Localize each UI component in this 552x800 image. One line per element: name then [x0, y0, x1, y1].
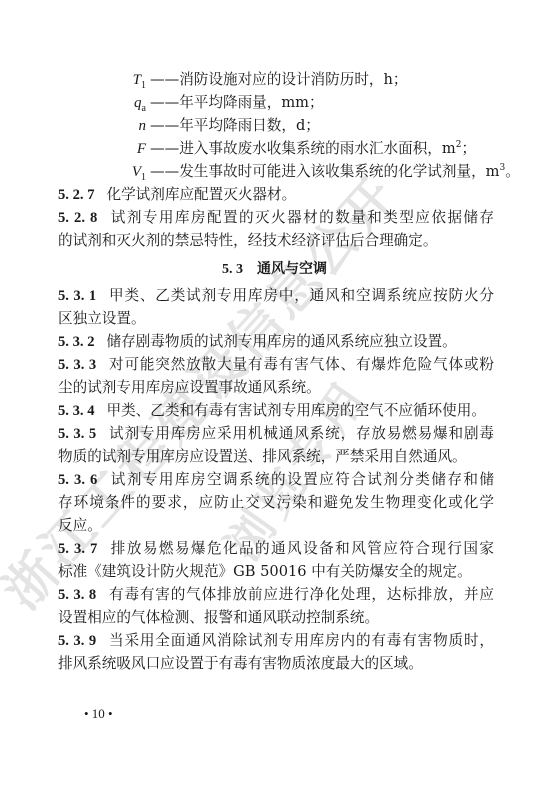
clause-5-3-5-cont: 物质的试剂专用库房应设置送、排风系统，严禁采用自然通风。: [58, 447, 467, 467]
clause-5-3-3: 5. 3. 3对可能突然放散大量有毒有害气体、有爆炸危险气体或粉: [58, 355, 494, 375]
symbol: n: [110, 116, 146, 136]
clause-5-3-6-cont2: 反应。: [58, 516, 102, 536]
clause-5-3-4: 5. 3. 4甲类、乙类和有毒有害试剂专用库房的空气不应循环使用。: [58, 401, 486, 421]
clause-5-2-8: 5. 2. 8试剂专用库房配置的灭火器材的数量和类型应依据储存: [58, 208, 494, 228]
page-number: • 10 •: [84, 706, 113, 722]
clause-5-3-3-cont: 尘的试剂专用库房应设置事故通风系统。: [58, 378, 321, 398]
clause-5-3-9-cont: 排风系统吸风口应设置于有毒有害物质浓度最大的区域。: [58, 654, 423, 674]
clause-5-3-9: 5. 3. 9当采用全面通风消除试剂专用库房内的有毒有害物质时，: [58, 631, 494, 651]
symbol: F: [110, 139, 146, 159]
clause-5-3-5: 5. 3. 5试剂专用库房应采用机械通风系统，存放易燃易爆和剧毒: [58, 424, 494, 444]
document-page: 浙江工程建设信息公开 浏览专用 T1——消防设施对应的设计消防历时，h； qa—…: [0, 0, 552, 800]
definition-f: F——进入事故废水收集系统的雨水汇水面积，m2；: [110, 139, 476, 159]
clause-5-3-1: 5. 3. 1甲类、乙类试剂专用库房中，通风和空调系统应按防火分: [58, 286, 494, 306]
clause-5-2-8-cont: 的试剂和灭火剂的禁忌特性，经技术经济评估后合理确定。: [58, 231, 437, 251]
clause-5-3-6-cont: 存环境条件的要求，应防止交叉污染和避免发生物理变化或化学: [58, 493, 494, 513]
section-heading: 5. 3通风与空调: [222, 259, 327, 280]
clause-5-3-8: 5. 3. 8有毒有害的气体排放前应进行净化处理，达标排放，并应: [58, 585, 494, 605]
clause-5-3-2: 5. 3. 2储存剧毒物质的试剂专用库房的通风系统应独立设置。: [58, 332, 457, 352]
definition-n: n——年平均降雨日数，d；: [110, 116, 320, 136]
clause-5-3-1-cont: 区独立设置。: [58, 309, 146, 329]
clause-5-2-7: 5. 2. 7化学试剂库应配置灭火器材。: [58, 185, 296, 205]
clause-5-3-8-cont: 设置相应的气体检测、报警和通风联动控制系统。: [58, 608, 379, 628]
clause-5-3-7: 5. 3. 7排放易燃易爆危化品的通风设备和风管应符合现行国家: [58, 539, 494, 559]
clause-5-3-6: 5. 3. 6试剂专用库房空调系统的设置应符合试剂分类储存和储: [58, 470, 494, 490]
clause-5-3-7-cont: 标准《建筑设计防火规范》GB 50016 中有关防爆安全的规定。: [58, 562, 472, 582]
